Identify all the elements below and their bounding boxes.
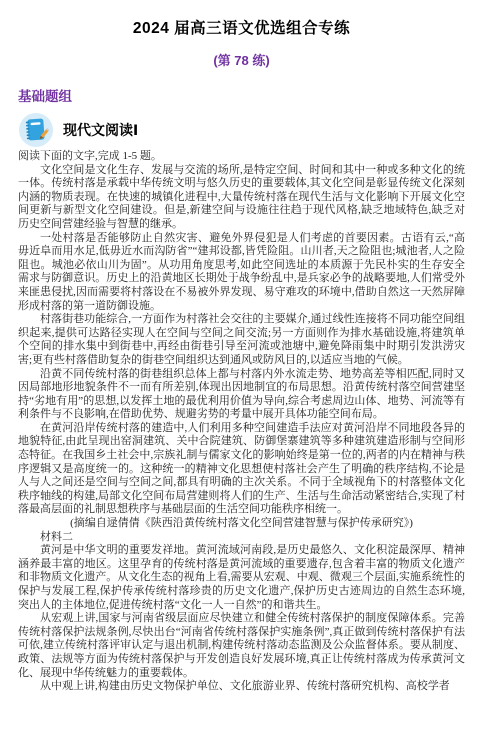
- reading-passage: 阅读下面的文字,完成 1-5 题。 文化空间是文化生存、发展与交流的场所,是特定…: [18, 150, 465, 694]
- group-label: 基础题组: [18, 85, 465, 105]
- section-title: 现代文阅读Ⅰ: [63, 120, 138, 140]
- section-header: 现代文阅读Ⅰ: [18, 112, 465, 148]
- material1-paragraph: 在黄河沿岸传统村落的建造中,人们利用多种空间建造手法应对黄河沿岸不同地段各异的地…: [18, 422, 465, 517]
- document-page: 2024 届高三语文优选组合专练 (第 78 练) 基础题组: [0, 0, 483, 744]
- material1-citation: (摘编自逯倩倩《陕西沿黄传统村落文化空间营建智慧与保护传承研究》): [18, 517, 465, 531]
- passage-intro: 阅读下面的文字,完成 1-5 题。: [18, 150, 465, 164]
- material2-paragraph: 从宏观上讲,国家与河南省级层面应尽快建立和健全传统村落保护的制度保障体系。完善传…: [18, 612, 465, 680]
- material1-paragraph: 一处村落是否能够防止自然灾害、避免外界侵犯是人们考虑的首要因素。古语有云,“高毋…: [18, 232, 465, 314]
- material2-paragraph: 从中观上讲,构建由历史文物保护单位、文化旅游业界、传统村落研究机构、高校学者: [18, 680, 465, 694]
- page-subtitle: (第 78 练): [18, 50, 465, 69]
- material2-label: 材料二: [18, 531, 465, 545]
- material1-paragraph: 村落街巷功能综合,一方面作为村落社会交往的主要媒介,通过线性连接将不同功能空间组…: [18, 313, 465, 367]
- notebook-pencil-icon: [18, 112, 54, 148]
- material1-paragraph: 文化空间是文化生存、发展与交流的场所,是特定空间、时间和其中一种或多种文化的统一…: [18, 164, 465, 232]
- page-title: 2024 届高三语文优选组合专练: [18, 16, 465, 38]
- material2-paragraph: 黄河是中华文明的重要发祥地。黄河流域河南段,是历史最悠久、文化积淀最深厚、精神涵…: [18, 544, 465, 612]
- material1-paragraph: 沿黄不同传统村落的街巷组织总体上都与村落内外水流走势、地势高差等相匹配,同时又因…: [18, 368, 465, 422]
